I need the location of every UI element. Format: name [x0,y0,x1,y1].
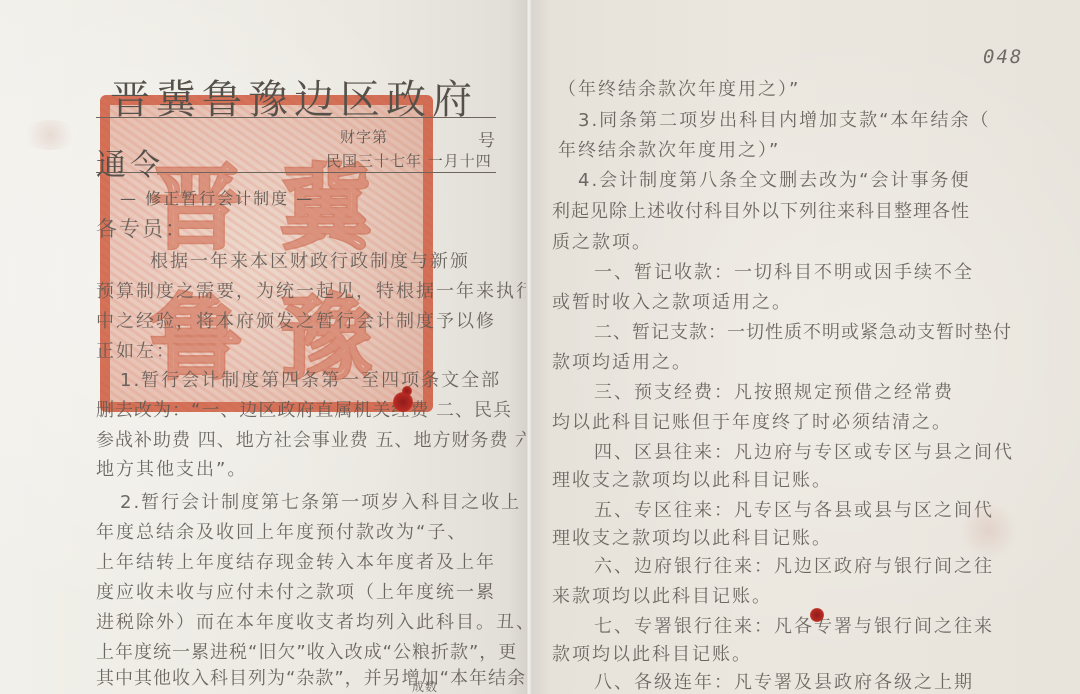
body-line: 进税除外）而在本年度收支者均列入此科目。丑、 [96,608,528,634]
body-line: 四、区县往来：凡边府与专区或专区与县之间代 [594,438,1014,464]
body-line: 地方其他支出”。 [96,455,247,481]
order-date: 民国三十七年 一月十四 [326,150,492,171]
document-spread: 晋 冀 鲁 豫 晋冀鲁豫边区政府 通令 财字第 号 民国三十七年 一月十四 — … [0,0,1080,694]
body-line: 或暂时收入之款项适用之。 [552,288,792,314]
body-line: 1.暂行会计制度第四条第一至四项条文全部 [120,366,501,392]
body-line: 质之款项。 [552,228,652,254]
body-line: 参战补助费 四、地方社会事业费 五、地方财务费 六、 [96,426,528,452]
book-gutter [526,0,532,694]
body-line: 理收支之款项均以此科目记账。 [552,466,832,492]
order-label: 通令 [96,140,164,184]
order-category: 财字第 [340,126,388,147]
body-line: 删去改为：“一、边区政府直属机关经费 二、民兵 [96,396,512,422]
body-line: 预算制度之需要，为统一起见，特根据一年来执行 [96,277,528,303]
red-ink-blot [402,386,412,396]
body-line: 均以此科目记账但于年度终了时必须结清之。 [552,408,952,434]
right-page: 048 （年终结余款次年度用之）” 3.同条第二项岁出科目内增加支款“本年结余（… [528,0,1080,694]
body-line: 2.暂行会计制度第七条第一项岁入科目之收上 [120,488,521,514]
body-line: 根据一年来本区财政行政制度与新颁 [150,247,470,273]
body-line: 款项均以此科目记账。 [552,640,752,666]
body-line: 款项均适用之。 [552,348,692,374]
body-line: 度应收未收与应付未付之款项（上年度统一累 [96,578,496,604]
body-line: 五、专区往来：凡专区与各县或县与区之间代 [594,496,994,522]
body-line: 三、预支经费：凡按照规定预借之经常费 [594,378,954,404]
page-number: 048 [983,46,1023,68]
body-line: 六、边府银行往来：凡边区政府与银行间之往 [594,552,994,578]
body-line: 3.同条第二项岁出科目内增加支款“本年结余（ [578,106,991,132]
left-page: 晋 冀 鲁 豫 晋冀鲁豫边区政府 通令 财字第 号 民国三十七年 一月十四 — … [0,0,528,694]
addressee: 各专员： [96,213,188,243]
body-line: 二、暂记支款：一切性质不明或紧急动支暂时垫付 [594,318,1012,344]
body-line: 4.会计制度第八条全文删去改为“会计事务便 [578,166,971,192]
document-subtitle: — 修正暂行会计制度 — [120,186,314,209]
body-line: 中之经验，将本府颁发之暂行会计制度予以修 [96,307,496,333]
body-line: 年度总结余及收回上年度预付款改为“子、 [96,518,467,544]
body-line: 年终结余款次年度用之）” [558,136,780,162]
header-rule [96,117,496,118]
body-line: 其中其他收入科目列为“杂款”，并另增加“本年结余 [96,664,526,690]
body-line: 上年度统一累进税“旧欠”收入改成“公粮折款”，更 [96,638,517,664]
body-line: 八、各级连年：凡专署及县政府各级之上期 [594,668,974,694]
body-line: 理收支之款项均以此科目记账。 [552,524,832,550]
body-line: 利起见除上述收付科目外以下列往来科目整理各性 [552,197,970,223]
body-line: 来款项均以此科目记账。 [552,582,772,608]
paper-stain [958,500,1018,560]
margin-note: 成数 [412,678,438,694]
body-line: 上年结转上年度结存现金转入本年度者及上年 [96,548,496,574]
body-line: 一、暂记收款：一切科目不明或因手续不全 [594,258,974,284]
dark-ink-spot [810,608,824,622]
body-line: 七、专署银行往来：凡各专署与银行间之往来 [594,612,994,638]
body-line: （年终结余款次年度用之）” [558,75,800,101]
body-line: 正如左： [96,337,176,363]
order-number-label: 号 [478,126,496,151]
